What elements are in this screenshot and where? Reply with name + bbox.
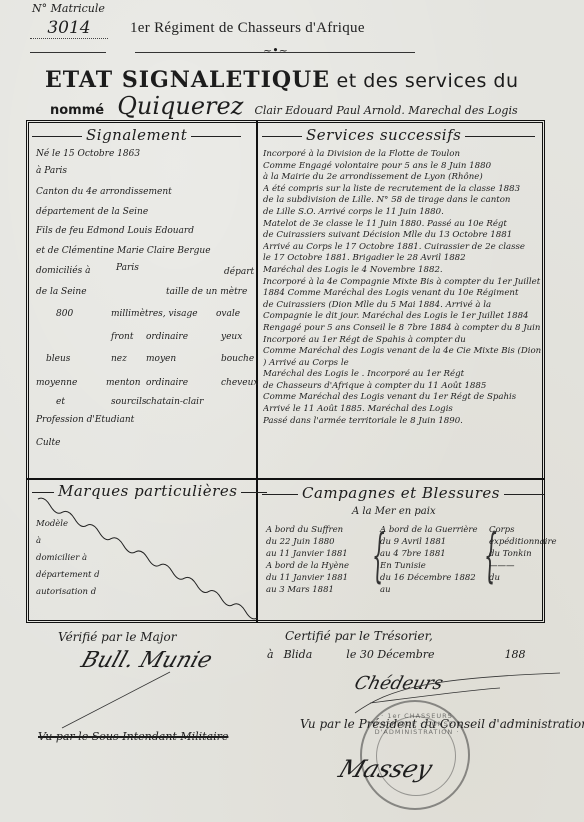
signalement-field: de la Seine bbox=[36, 286, 87, 298]
campaign-entry: au 3 Mars 1881 bbox=[266, 584, 349, 596]
service-line: de Lille S.O. Arrivé corps le 11 Juin 18… bbox=[263, 207, 541, 219]
campaign-entry: ——— bbox=[489, 560, 549, 572]
signalement-field: millimètres, visage bbox=[111, 308, 198, 320]
signalement-field: et de Clémentine Marie Claire Bergue bbox=[36, 245, 211, 257]
service-line: Passé dans l'armée territoriale le 8 Jui… bbox=[263, 416, 541, 428]
nomme-label: nommé bbox=[50, 103, 104, 118]
year: 188 bbox=[505, 648, 526, 661]
campaign-entry: Corps expéditionnaire du Tonkin bbox=[489, 524, 549, 560]
campaign-entry: au 4 7bre 1881 bbox=[380, 548, 478, 560]
service-line: Arrivé au Corps le 17 Octobre 1881. Cuir… bbox=[263, 242, 541, 254]
service-line: de la subdivision de Lille. N° 58 de tir… bbox=[263, 195, 541, 207]
marques-line: autorisation d bbox=[36, 584, 100, 601]
service-line: Compagnie le dit jour. Maréchal des Logi… bbox=[263, 311, 541, 323]
service-line: Comme Maréchal des Logis venant du 1er R… bbox=[263, 392, 541, 404]
campaign-entry: du 22 Juin 1880 bbox=[266, 536, 349, 548]
soldier-name-line: nommé Quiquerez Clair Edouard Paul Arnol… bbox=[50, 92, 518, 120]
campaign-entry: au 11 Janvier 1881 bbox=[266, 548, 349, 560]
signalement-heading-text: Signalement bbox=[86, 126, 187, 144]
surname: Quiquerez bbox=[117, 92, 243, 120]
document-title: ETAT SIGNALETIQUE et des services du bbox=[45, 67, 519, 93]
signalement-field: bleus bbox=[46, 353, 70, 365]
signalement-field: moyen bbox=[146, 353, 176, 365]
campaign-entry: A bord du Suffren bbox=[266, 524, 349, 536]
campaign-entry: du 16 Décembre 1882 bbox=[380, 572, 478, 584]
header-rule-left bbox=[30, 52, 106, 53]
signalement-field: ovale bbox=[216, 308, 240, 320]
campaign-entry: A bord de la Hyène bbox=[266, 560, 349, 572]
conseil-signature: Massey bbox=[335, 755, 436, 783]
service-line: ) Arrivé au Corps le bbox=[263, 358, 541, 370]
signalement-field: domiciliés à bbox=[36, 265, 90, 277]
service-line: Comme Engagé volontaire pour 5 ans le 8 … bbox=[263, 161, 541, 173]
date: le 30 Décembre bbox=[346, 648, 434, 661]
matricule-label: N° Matricule bbox=[32, 2, 105, 15]
signalement-field: nez bbox=[111, 353, 127, 365]
campagnes-body: A la Mer en paix A bord du Suffrendu 22 … bbox=[262, 506, 542, 618]
service-line: Incorporé à la Division de la Flotte de … bbox=[263, 149, 541, 161]
campaign-entry: du 9 Avril 1881 bbox=[380, 536, 478, 548]
signalement-field: 800 bbox=[56, 308, 73, 320]
signature-stroke bbox=[60, 670, 180, 730]
service-line: Incorporé à la 4e Compagnie Mixte Bis à … bbox=[263, 277, 541, 289]
place: Blida bbox=[284, 648, 313, 661]
signalement-field: chatain-clair bbox=[146, 396, 203, 408]
campagnes-subheading: A la Mer en paix bbox=[352, 506, 436, 517]
services-body: Incorporé à la Division de la Flotte de … bbox=[263, 149, 541, 427]
service-line: de Chasseurs d'Afrique à compter du 11 A… bbox=[263, 381, 541, 393]
vu-par-label: Vu par le Président du Conseil d'adminis… bbox=[300, 717, 584, 731]
flourish-ornament: ~•~ bbox=[263, 44, 288, 57]
service-line: Maréchal des Logis le 4 Novembre 1882. bbox=[263, 265, 541, 277]
service-line: Comme Maréchal des Logis venant de la 4e… bbox=[263, 346, 541, 358]
marques-line: Modèle bbox=[36, 516, 100, 533]
marques-line: domicilier à bbox=[36, 550, 100, 567]
campaign-column-2: A bord de la Guerrièredu 9 Avril 1881au … bbox=[380, 524, 478, 596]
signalement-field: cheveux bbox=[221, 377, 258, 389]
campaign-entry: du 11 Janvier 1881 bbox=[266, 572, 349, 584]
campagnes-heading: Campagnes et Blessures bbox=[262, 484, 544, 502]
service-line: Incorporé au 1er Régt de Spahis à compte… bbox=[263, 335, 541, 347]
campaign-entry: A bord de la Guerrière bbox=[380, 524, 478, 536]
regiment-name: 1er Régiment de Chasseurs d'Afrique bbox=[130, 20, 365, 37]
marques-body: Modèleàdomicilier àdépartement dautorisa… bbox=[36, 516, 100, 601]
service-line: de Cuirassiers suivant Décision Mlle du … bbox=[263, 230, 541, 242]
signalement-field: Culte bbox=[36, 437, 61, 449]
place-date-line: àBlidale 30 Décembre188 bbox=[267, 648, 526, 661]
intendant-line: Vu par le Sous-Intendant Militaire bbox=[38, 730, 228, 743]
service-line: 1884 Comme Maréchal des Logis venant du … bbox=[263, 288, 541, 300]
service-line: à la Mairie du 2e arrondissement de Lyon… bbox=[263, 172, 541, 184]
signalement-field: département de la Seine bbox=[36, 206, 148, 218]
services-heading: Services successifs bbox=[262, 126, 535, 144]
service-line: Maréchal des Logis le . Incorporé au 1er… bbox=[263, 369, 541, 381]
signalement-field: menton bbox=[106, 377, 141, 389]
signalement-field: départ bbox=[224, 266, 254, 278]
signalement-field: Profession d'Etudiant bbox=[36, 414, 134, 426]
signalement-field: front bbox=[111, 331, 133, 343]
campaign-column-3: Corps expéditionnaire du Tonkin———du bbox=[489, 524, 549, 584]
service-line: le 17 Octobre 1881. Brigadier le 28 Avri… bbox=[263, 253, 541, 265]
signalement-field: à Paris bbox=[36, 165, 67, 177]
signalement-field: yeux bbox=[221, 331, 242, 343]
signalement-field: taille de un mètre bbox=[166, 286, 247, 298]
service-line: Rengagé pour 5 ans Conseil le 8 7bre 188… bbox=[263, 323, 541, 335]
service-line: Arrivé le 11 Août 1885. Maréchal des Log… bbox=[263, 404, 541, 416]
campaign-entry: du bbox=[489, 572, 549, 584]
service-line: de Cuirassiers (Dion Mlle du 5 Mai 1884.… bbox=[263, 300, 541, 312]
campaign-column-1: A bord du Suffrendu 22 Juin 1880au 11 Ja… bbox=[266, 524, 349, 596]
place-prefix: à bbox=[267, 648, 274, 661]
marques-line: à bbox=[36, 533, 100, 550]
campaign-entry: au bbox=[380, 584, 478, 596]
service-line: Matelot de 3e classe le 11 Juin 1880. Pa… bbox=[263, 219, 541, 231]
signalement-field: et bbox=[56, 396, 65, 408]
signalement-field: Paris bbox=[116, 262, 139, 274]
verifie-label: Vérifié par le Major bbox=[58, 630, 176, 644]
signalement-field: Canton du 4e arrondissement bbox=[36, 186, 172, 198]
section-divider bbox=[26, 478, 545, 480]
campaign-entry: En Tunisie bbox=[380, 560, 478, 572]
campagnes-heading-text: Campagnes et Blessures bbox=[302, 484, 500, 502]
service-line: A été compris sur la liste de recrutemen… bbox=[263, 184, 541, 196]
matricule-number: 3014 bbox=[30, 18, 108, 39]
certifie-label: Certifié par le Trésorier, bbox=[285, 629, 433, 643]
given-names-rank: Clair Edouard Paul Arnold. Marechal des … bbox=[254, 104, 517, 117]
signalement-field: sourcils bbox=[111, 396, 147, 408]
signalement-field: Fils de feu Edmond Louis Edouard bbox=[36, 225, 194, 237]
title-rest: et des services du bbox=[330, 70, 519, 92]
services-heading-text: Services successifs bbox=[306, 126, 461, 144]
signalement-heading: Signalement bbox=[32, 126, 241, 144]
signalement-field: ordinaire bbox=[146, 377, 188, 389]
title-strong: ETAT SIGNALETIQUE bbox=[45, 67, 330, 93]
signalement-field: ordinaire bbox=[146, 331, 188, 343]
signalement-field: Né le 15 Octobre 1863 bbox=[36, 148, 140, 160]
marques-line: département d bbox=[36, 567, 100, 584]
signalement-field: bouche bbox=[221, 353, 254, 365]
signalement-field: moyenne bbox=[36, 377, 77, 389]
